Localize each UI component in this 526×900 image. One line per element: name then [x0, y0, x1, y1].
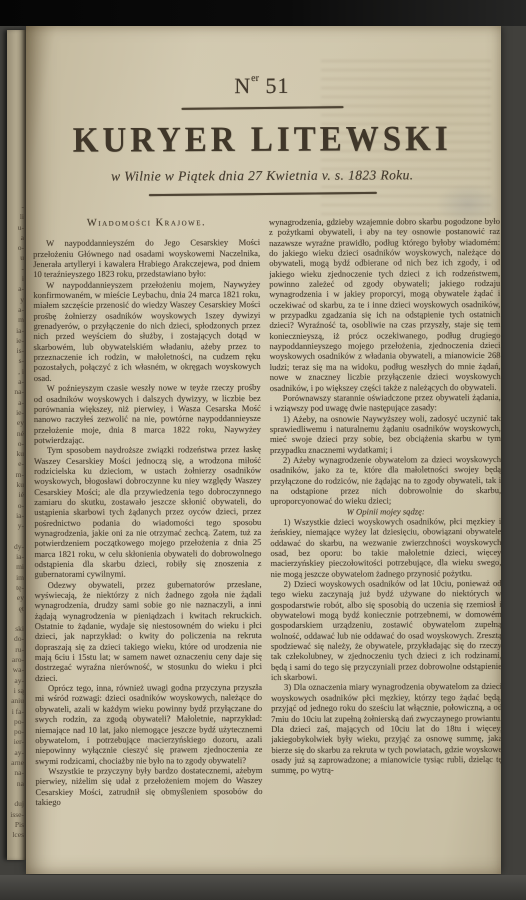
gutter-text-fragment: o- [10, 439, 24, 449]
dateline: w Wilnie w Piątek dnia 27 Kwietnia v. s.… [26, 167, 500, 185]
gutter-text-fragment: li [10, 212, 24, 222]
gutter-text-fragment: a- [10, 284, 24, 294]
gutter-text-fragment: i są [10, 686, 24, 696]
gutter-text-fragment: a [10, 233, 24, 243]
gutter-text-fragment: im [10, 573, 24, 583]
gutter-text-fragment: dy- [10, 542, 24, 552]
scanner-black-strip-top [0, 0, 526, 26]
gutter-text-fragment: ay- [10, 748, 24, 758]
paragraph: 1) Ażeby, na osnowie Naywyższey woli, za… [270, 412, 501, 454]
paragraph: Wszystkie te przyczyny były bardzo dosta… [35, 765, 262, 807]
gutter-text-fragment: duj [10, 799, 24, 809]
gutter-text-fragment: o- [10, 243, 24, 253]
gutter-text-fragment: ski [10, 624, 24, 634]
gutter-text-fragment: né [10, 429, 24, 439]
paragraph: 2) Dzieci woyskowych osadników od lat 10… [271, 578, 501, 682]
gutter-text-fragment: ku [10, 449, 24, 459]
gutter-text-fragment: lces [10, 830, 24, 840]
column-left: Wiadomości Krajowe. W naypoddannieyszém … [33, 217, 263, 858]
gutter-text-fragment: po- [10, 717, 24, 727]
gutter-text-fragment: ia- [10, 511, 24, 521]
newspaper-title: KURYER LITEWSKI [26, 119, 500, 161]
gutter-text-fragment: ié [10, 490, 24, 500]
paragraph: W naypoddannieyszém do Jego Cesarskiey M… [33, 237, 260, 279]
gutter-text-fragment: u [10, 253, 24, 263]
gutter-text-fragment: na- [10, 387, 24, 397]
gutter-text-fragments: -liu-ao-u-ia-ya-mia-ie-is-s-, ia-na-a-ie… [10, 202, 24, 840]
gutter-text-fragment: i fa- [10, 707, 24, 717]
gutter-text-fragment: na [10, 779, 24, 789]
gutter-text-fragment [10, 614, 24, 624]
gutter-text-fragment: ia- [10, 552, 24, 562]
gutter-text-fragment: - [10, 264, 24, 274]
gutter-text-fragment: o- [10, 501, 24, 511]
gutter-text-fragment: ey [10, 418, 24, 428]
gutter-text-fragment [10, 532, 24, 542]
column-right: wynagrodzenia, gdzieby wzajemnie dobro s… [269, 216, 501, 857]
gutter-text-fragment: y- [10, 521, 24, 531]
paragraph: 2) Ażeby wynagrodzenie obywatelom za dzi… [270, 454, 501, 507]
gutter-text-fragment: ay- [10, 676, 24, 686]
gutter-text-fragment: m- [10, 470, 24, 480]
column-left-paragraphs: W naypoddannieyszém do Jego Cesarskiey M… [33, 237, 262, 807]
gutter-text-fragment: arne [10, 758, 24, 768]
gutter-text-fragment: ey [10, 593, 24, 603]
paragraph: 1) Wszystkie dzieci woyskowych osadników… [270, 516, 501, 579]
gutter-text-fragment: isse- [10, 810, 24, 820]
issue-superscript: er [251, 73, 259, 84]
gutter-text-fragment: ru- [10, 645, 24, 655]
paragraph: W naypoddannieyszem przełożeniu mojem, N… [33, 279, 260, 383]
gutter-text-fragment: ęt [10, 604, 24, 614]
gutter-text-fragment: na- [10, 768, 24, 778]
gutter-text-fragment: a- [10, 305, 24, 315]
newspaper-page: Ner 51 KURYER LITEWSKI w Wilnie w Piątek… [26, 26, 501, 874]
column-right-paragraphs: wynagrodzenia, gdzieby wzajemnie dobro s… [269, 216, 501, 776]
gutter-text-fragment: m [10, 315, 24, 325]
gutter-text-fragment: aniu [10, 696, 24, 706]
paragraph: 3) Dla oznaczenia miary wynagrodzenia ob… [271, 681, 501, 775]
gutter-text-fragment: e- [10, 459, 24, 469]
gutter-text-fragment: y [10, 295, 24, 305]
scanner-strip-bottom [0, 875, 526, 900]
gutter-text-fragment [10, 789, 24, 799]
gutter-text-fragment: ie- [10, 408, 24, 418]
masthead-rule-top [181, 106, 343, 110]
gutter-text-fragment: po- [10, 727, 24, 737]
issue-prefix: N [234, 73, 251, 98]
gutter-text-fragment: tę- [10, 583, 24, 593]
gutter-text-fragment: ia- [10, 326, 24, 336]
page-content: Ner 51 KURYER LITEWSKI w Wilnie w Piątek… [26, 26, 501, 874]
adjacent-page-sliver: -liu-ao-u-ia-ya-mia-ie-is-s-, ia-na-a-ie… [7, 30, 26, 860]
gutter-text-fragment: a- [10, 377, 24, 387]
gutter-text-fragment: ie- [10, 336, 24, 346]
gutter-text-fragment: i [10, 274, 24, 284]
issue-number: Ner 51 [26, 72, 499, 100]
paragraph: Odezwy obywateli, przez gubernatorów prz… [35, 579, 262, 683]
gutter-text-fragment: is- [10, 346, 24, 356]
gutter-text-fragment: s- [10, 356, 24, 366]
body-columns: Wiadomości Krajowe. W naypoddannieyszém … [26, 216, 501, 858]
paragraph: Oprócz tego, inna, również uwagi godna p… [35, 682, 262, 766]
gutter-text-fragment: mi [10, 562, 24, 572]
issue-value: 51 [265, 73, 289, 98]
gutter-text-fragment: u- [10, 223, 24, 233]
gutter-text-fragment: - [10, 202, 24, 212]
paragraph: W poźnieyszym czasie weszły nowe w teyże… [34, 382, 261, 445]
section-heading: Wiadomości Krajowe. [33, 218, 260, 229]
paragraph: Tym sposobem naydroższe związki rodzeńst… [34, 444, 262, 579]
paragraph: wynagrodzenia, gdzieby wzajemnie dobro s… [269, 216, 501, 393]
gutter-text-fragment: ku [10, 480, 24, 490]
masthead-rule-bottom [148, 192, 376, 196]
gutter-text-fragment: do- [10, 634, 24, 644]
paragraph: Porównawszy starannie oświadczone przez … [270, 392, 501, 414]
gutter-text-fragment: Pis [10, 820, 24, 830]
gutter-text-fragment: ier- [10, 737, 24, 747]
gutter-text-fragment: , i [10, 367, 24, 377]
gutter-text-fragment: aro- [10, 655, 24, 665]
gutter-text-fragment: wa- [10, 665, 24, 675]
gutter-text-fragment: a- [10, 398, 24, 408]
